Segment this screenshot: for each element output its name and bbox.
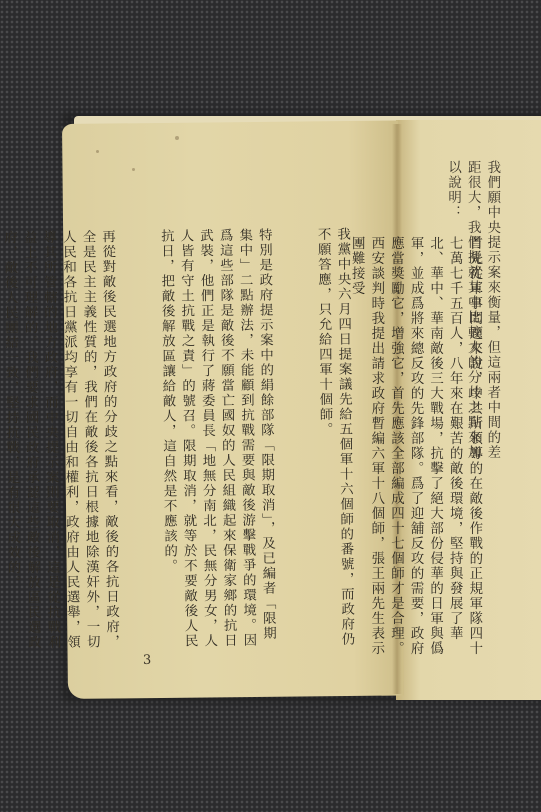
paper-spot	[96, 150, 99, 153]
paper-spot	[132, 168, 135, 171]
paragraph: 特別是政府提示案中的絹餘部隊「限期取消」，及已編者「限期集中」二點辦法，未能顧到…	[156, 228, 278, 649]
paragraph: 再從對敵後民選地方政府的分歧之點來看，敵後的各抗日政府，全是民主主義性質的，我們…	[0, 229, 121, 650]
paragraph: 我們願中央提示案來衡量，但這兩者中間的差距很大，我們擬就其中比較大的分歧之點來加…	[443, 160, 502, 460]
paper-spot	[175, 136, 179, 140]
right-page-edge-text: 我們願中央提示案來衡量，但這兩者中間的差距很大，我們擬就其中比較大的分歧之點來加…	[493, 160, 541, 460]
page-number: 3	[143, 653, 151, 668]
